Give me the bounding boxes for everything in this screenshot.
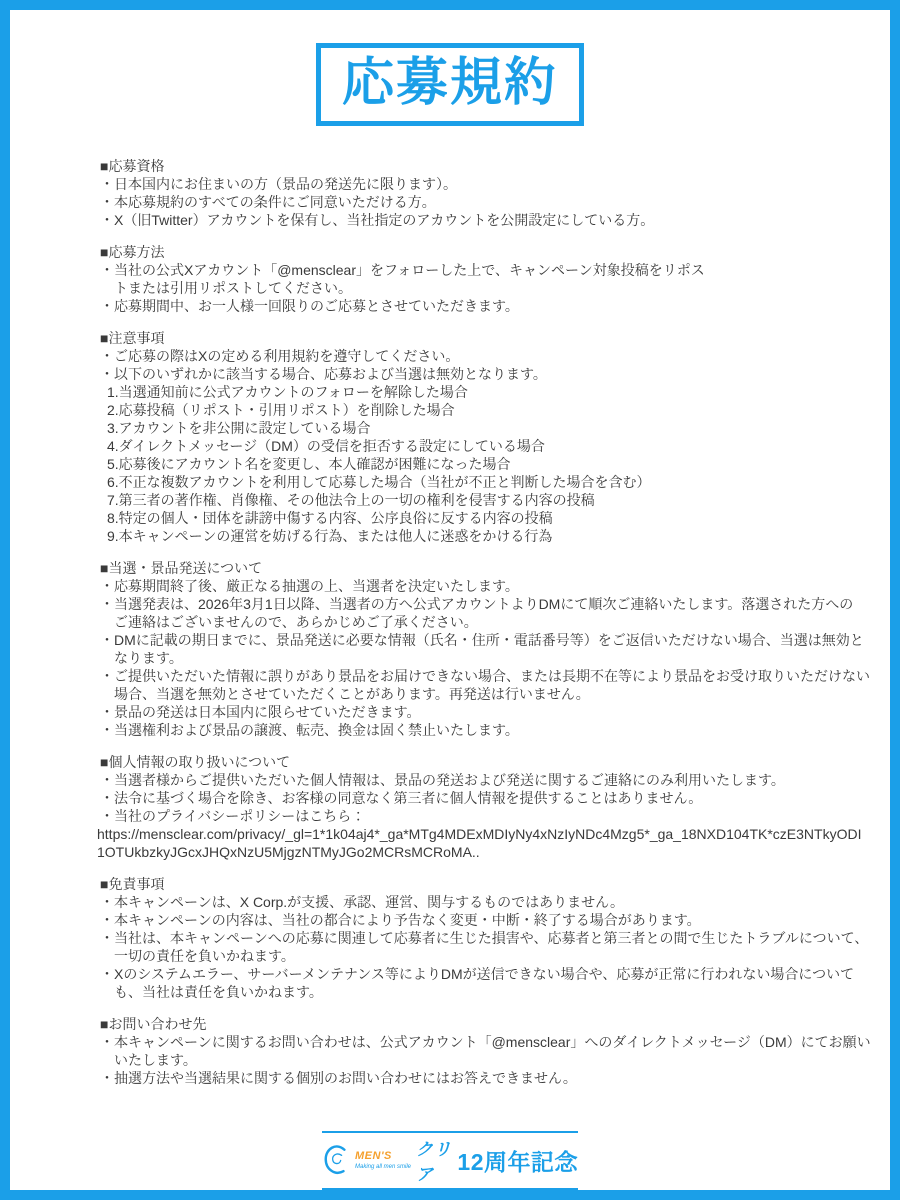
terms-line: いたします。	[100, 1051, 860, 1069]
terms-line: 5.応募後にアカウント名を変更し、本人確認が困難になった場合	[100, 455, 860, 473]
brand-mens-label: MEN'S	[355, 1151, 411, 1162]
terms-line: ・当社の公式Xアカウント「@mensclear」をフォローした上で、キャンペーン…	[100, 261, 860, 279]
terms-line: 3.アカウントを非公開に設定している場合	[100, 419, 860, 437]
terms-section: ■当選・景品発送について・応募期間終了後、厳正なる抽選の上、当選者を決定いたしま…	[100, 559, 860, 739]
terms-line: 1.当選通知前に公式アカウントのフォローを解除した場合	[100, 383, 860, 401]
terms-line: ・抽選方法や当選結果に関する個別のお問い合わせにはお答えできません。	[100, 1069, 860, 1087]
terms-line: 場合、当選を無効とさせていただくことがあります。再発送は行いません。	[100, 685, 860, 703]
brand-wordmark: MEN'S Making all men smile	[355, 1151, 411, 1170]
section-heading: ■当選・景品発送について	[100, 559, 860, 577]
terms-line: 4.ダイレクトメッセージ（DM）の受信を拒否する設定にしている場合	[100, 437, 860, 455]
terms-line: ・Xのシステムエラー、サーバーメンテナンス等によりDMが送信できない場合や、応募…	[100, 965, 860, 983]
terms-section: ■注意事項・ご応募の際はXの定める利用規約を遵守してください。・以下のいずれかに…	[100, 329, 860, 545]
terms-line: ・日本国内にお住まいの方（景品の発送先に限ります）。	[100, 175, 860, 193]
terms-line: ・法令に基づく場合を除き、お客様の同意なく第三者に個人情報を提供することはありま…	[100, 789, 860, 807]
terms-section: ■免責事項・本キャンペーンは、X Corp.が支援、承認、運営、関与するものでは…	[100, 875, 860, 1001]
terms-content: ■応募資格・日本国内にお住まいの方（景品の発送先に限ります）。・本応募規約のすべ…	[100, 157, 860, 1101]
footer-logo: MEN'S Making all men smile クリア 12周年記念	[322, 1131, 578, 1190]
terms-line: なります。	[100, 649, 860, 667]
terms-line: ・当社は、本キャンペーンへの応募に関連して応募者に生じた損害や、応募者と第三者と…	[100, 929, 860, 947]
terms-line: 9.本キャンペーンの運営を妨げる行為、または他人に迷惑をかける行為	[100, 527, 860, 545]
terms-line: 2.応募投稿（リポスト・引用リポスト）を削除した場合	[100, 401, 860, 419]
terms-line: ・景品の発送は日本国内に限らせていただきます。	[100, 703, 860, 721]
terms-line: ・応募期間終了後、厳正なる抽選の上、当選者を決定いたします。	[100, 577, 860, 595]
terms-line: ・本キャンペーンは、X Corp.が支援、承認、運営、関与するものではありません…	[100, 893, 860, 911]
terms-line: ・ご提供いただいた情報に誤りがあり景品をお届けできない場合、または長期不在等によ…	[100, 667, 860, 685]
privacy-policy-url[interactable]: https://mensclear.com/privacy/_gl=1*1k04…	[97, 825, 860, 843]
terms-section: ■個人情報の取り扱いについて・当選者様からご提供いただいた個人情報は、景品の発送…	[100, 753, 860, 861]
terms-line: 一切の責任を負いかねます。	[100, 947, 860, 965]
brand-logo-row: MEN'S Making all men smile クリア 12周年記念	[322, 1133, 578, 1188]
page-title: 応募規約	[342, 53, 558, 114]
terms-section: ■お問い合わせ先・本キャンペーンに関するお問い合わせは、公式アカウント「@men…	[100, 1015, 860, 1087]
terms-line: ・本キャンペーンに関するお問い合わせは、公式アカウント「@mensclear」へ…	[100, 1033, 860, 1051]
terms-page: 応募規約 ■応募資格・日本国内にお住まいの方（景品の発送先に限ります）。・本応募…	[0, 0, 900, 1200]
terms-line: も、当社は責任を負いかねます。	[100, 983, 860, 1001]
mens-clear-swirl-icon	[322, 1144, 350, 1176]
footer-bottom-rule	[322, 1188, 578, 1190]
terms-line: ・DMに記載の期日までに、景品発送に必要な情報（氏名・住所・電話番号等）をご返信…	[100, 631, 860, 649]
terms-line: ・X（旧Twitter）アカウントを保有し、当社指定のアカウントを公開設定にして…	[100, 211, 860, 229]
terms-line: ・当選者様からご提供いただいた個人情報は、景品の発送および発送に関するご連絡にの…	[100, 771, 860, 789]
terms-line: トまたは引用リポストしてください。	[100, 279, 860, 297]
terms-line: ・ご応募の際はXの定める利用規約を遵守してください。	[100, 347, 860, 365]
terms-line: ・当選権利および景品の譲渡、転売、換金は固く禁止いたします。	[100, 721, 860, 739]
terms-line: 6.不正な複数アカウントを利用して応募した場合（当社が不正と判断した場合を含む）	[100, 473, 860, 491]
terms-line: ご連絡はございませんので、あらかじめご了承ください。	[100, 613, 860, 631]
anniversary-label: 12周年記念	[457, 1144, 578, 1177]
terms-section: ■応募資格・日本国内にお住まいの方（景品の発送先に限ります）。・本応募規約のすべ…	[100, 157, 860, 229]
terms-line: ・応募期間中、お一人様一回限りのご応募とさせていただきます。	[100, 297, 860, 315]
terms-section: ■応募方法・当社の公式Xアカウント「@mensclear」をフォローした上で、キ…	[100, 243, 860, 315]
brand-tagline: Making all men smile	[355, 1164, 411, 1170]
page-title-box: 応募規約	[316, 43, 584, 126]
section-heading: ■応募資格	[100, 157, 860, 175]
terms-line: ・当選発表は、2026年3月1日以降、当選者の方へ公式アカウントよりDMにて順次…	[100, 595, 860, 613]
brand-clear-label: クリア	[416, 1135, 452, 1185]
terms-line: 8.特定の個人・団体を誹謗中傷する内容、公序良俗に反する内容の投稿	[100, 509, 860, 527]
section-heading: ■免責事項	[100, 875, 860, 893]
terms-line: 7.第三者の著作権、肖像権、その他法令上の一切の権利を侵害する内容の投稿	[100, 491, 860, 509]
section-heading: ■応募方法	[100, 243, 860, 261]
privacy-policy-url[interactable]: 1OTUkbzkyJGcxJHQxNzU5MjgzNTMyJGo2MCRsMCR…	[97, 843, 860, 861]
terms-line: ・当社のプライバシーポリシーはこちら：	[100, 807, 860, 825]
terms-line: ・以下のいずれかに該当する場合、応募および当選は無効となります。	[100, 365, 860, 383]
terms-line: ・本応募規約のすべての条件にご同意いただける方。	[100, 193, 860, 211]
section-heading: ■注意事項	[100, 329, 860, 347]
section-heading: ■個人情報の取り扱いについて	[100, 753, 860, 771]
section-heading: ■お問い合わせ先	[100, 1015, 860, 1033]
terms-line: ・本キャンペーンの内容は、当社の都合により予告なく変更・中断・終了する場合があり…	[100, 911, 860, 929]
